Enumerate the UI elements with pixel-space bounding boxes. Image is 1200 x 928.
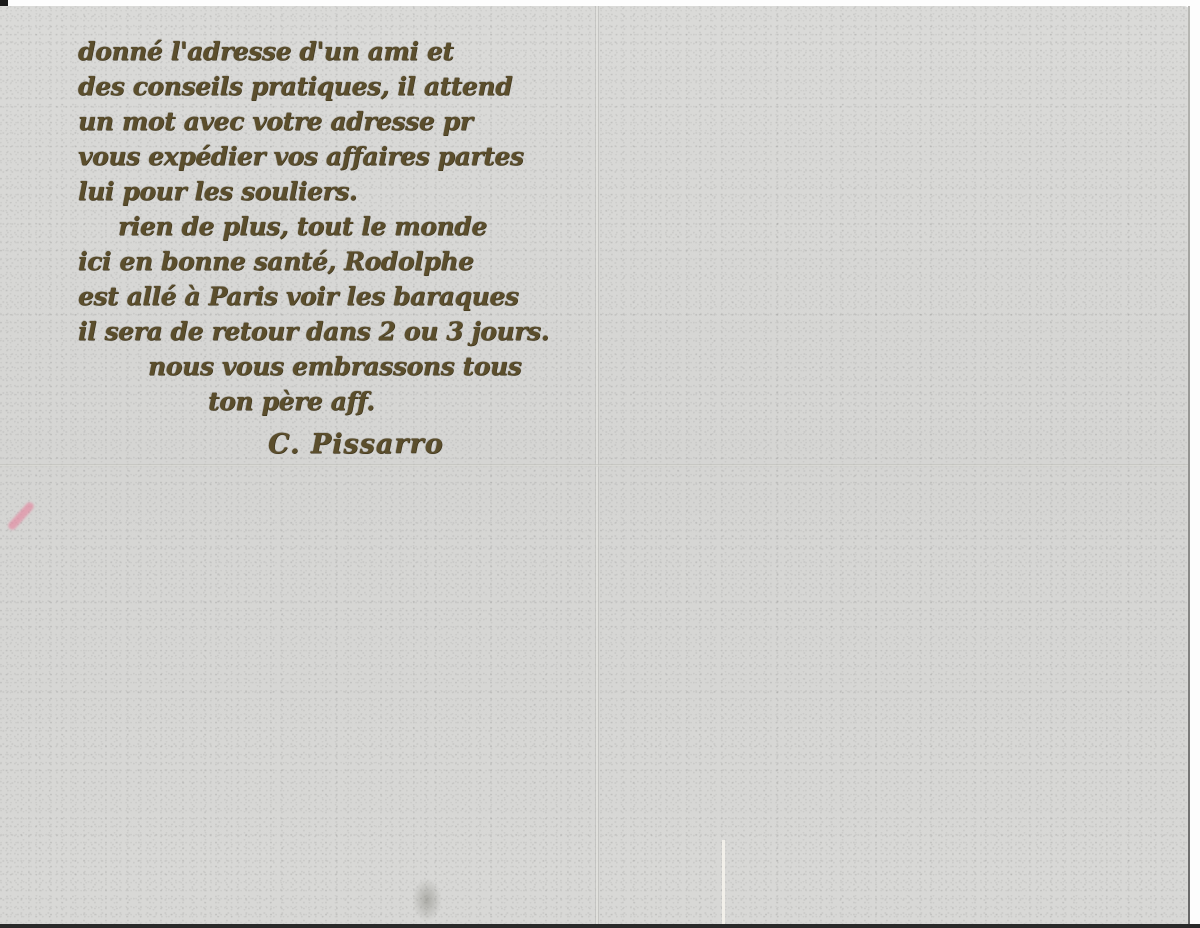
letter-line: donné l'adresse d'un ami et [78,34,548,69]
letter-line: rien de plus, tout le monde [78,209,548,244]
scanner-bottom-edge [0,924,1200,928]
letter-left-panel: donné l'adresse d'un ami et des conseils… [78,34,548,462]
letter-line: est allé à Paris voir les baraques [78,279,548,314]
letter-line: lui pour les souliers. [78,174,548,209]
scanned-letter: donné l'adresse d'un ami et des conseils… [0,0,1200,928]
letter-closing: ton père aff. [78,384,548,419]
letter-line: ici en bonne santé, Rodolphe [78,244,548,279]
horizontal-fold-crease [0,464,1188,467]
letter-line: des conseils pratiques, il attend [78,69,548,104]
letter-line: un mot avec votre adresse pr [78,104,548,139]
letter-line: nous vous embrassons tous [78,349,548,384]
paper-right-edge [1188,6,1190,924]
letter-signature: C. Pissarro [78,427,548,462]
letter-line: vous expédier vos affaires partes [78,139,548,174]
paper-crease-highlight [722,840,725,924]
paper-stain [412,878,442,922]
letter-line: il sera de retour dans 2 ou 3 jours. [78,314,548,349]
